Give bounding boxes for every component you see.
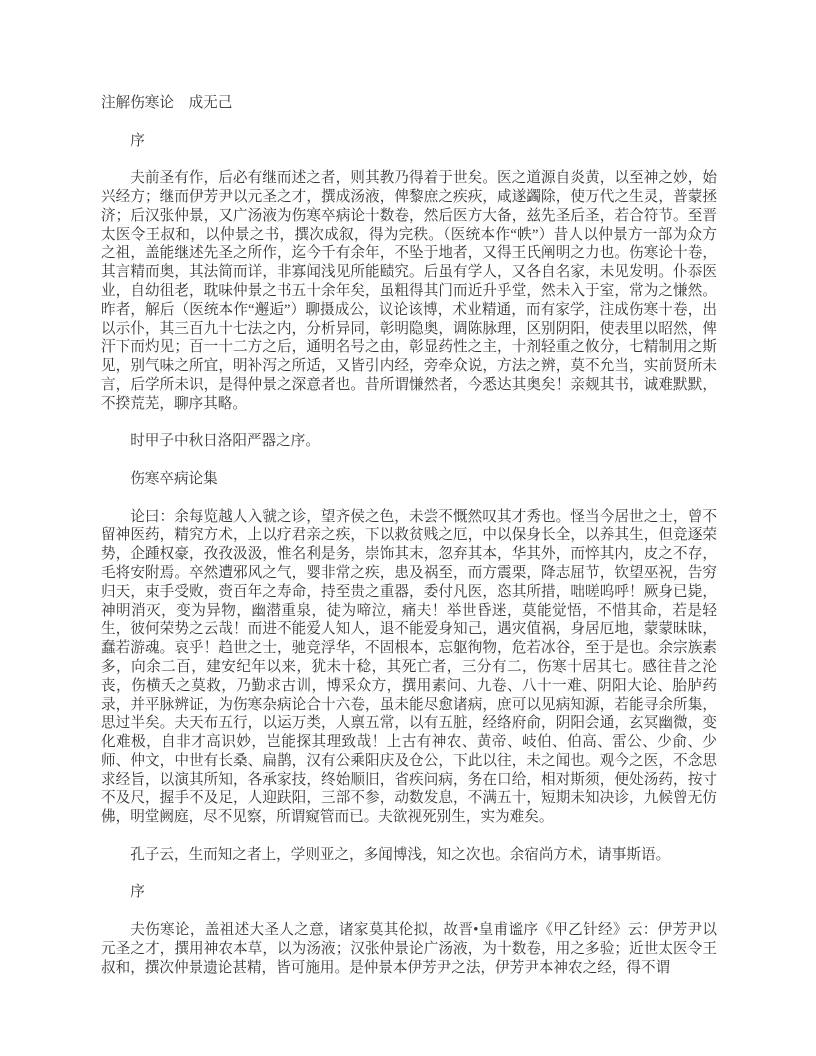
second-preface-heading: 序 <box>101 883 717 902</box>
doc-title: 注解伤寒论 成无己 <box>101 94 717 113</box>
lunji-paragraph: 论曰：余每览越人入虢之诊，望齐侯之色，未尝不慨然叹其才秀也。怪当今居世之士，曾不… <box>101 508 717 828</box>
second-preface-paragraph: 夫伤寒论，盖祖述大圣人之意，诸家莫其伦拟，故晋•皇甫谧序《甲乙针经》云：伊芳尹以… <box>101 921 717 977</box>
confucius-paragraph: 孔子云，生而知之者上，学则亚之，多闻博浅，知之次也。余宿尚方术，请事斯语。 <box>101 846 717 865</box>
preface-attribution: 时甲子中秋日洛阳严器之序。 <box>101 432 717 451</box>
document-page: 注解伤寒论 成无己 序 夫前圣有作，后必有继而述之者，则其教乃得着于世矣。医之道… <box>0 0 816 1056</box>
lunji-heading: 伤寒卒病论集 <box>101 470 717 489</box>
preface-heading: 序 <box>101 132 717 151</box>
preface-paragraph: 夫前圣有作，后必有继而述之者，则其教乃得着于世矣。医之道源自炎黄，以至神之妙，始… <box>101 169 717 413</box>
